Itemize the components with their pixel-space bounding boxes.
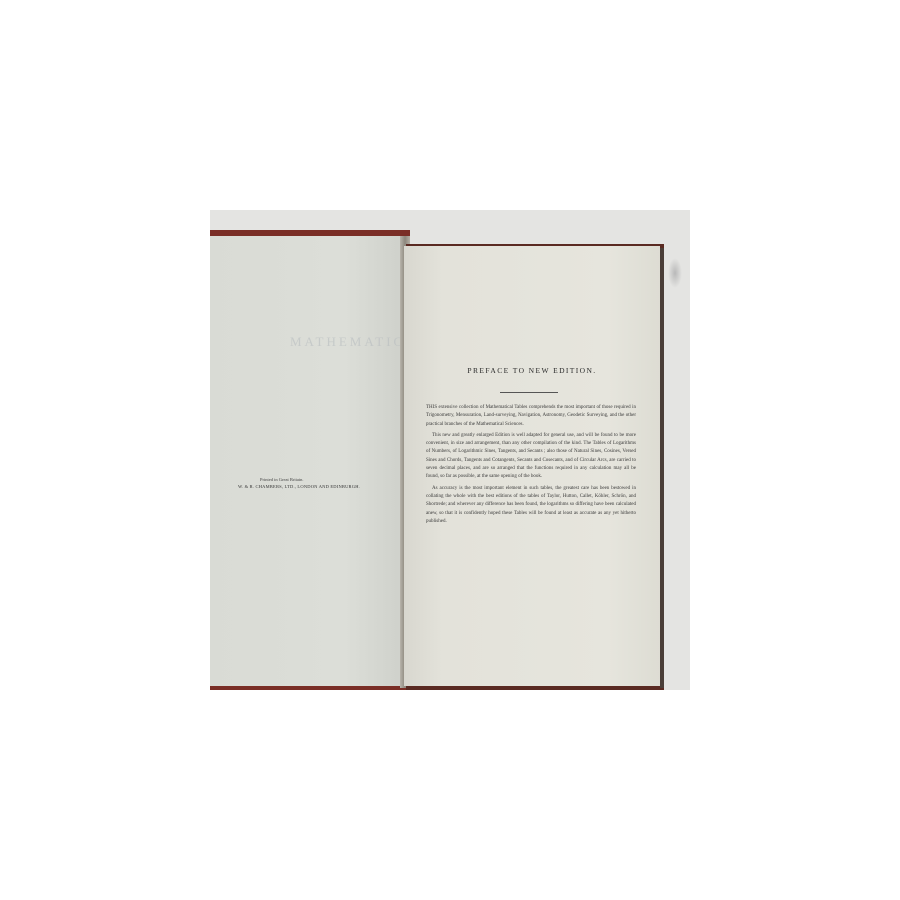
right-page: PREFACE TO NEW EDITION. THIS extensive c…	[404, 246, 660, 686]
preface-body: THIS extensive collection of Mathematica…	[426, 404, 636, 529]
backdrop-smudge	[668, 258, 682, 288]
preface-paragraph: This new and greatly enlarged Edition is…	[426, 432, 636, 482]
preface-paragraph: THIS extensive collection of Mathematica…	[426, 404, 636, 429]
page-edge	[660, 248, 664, 688]
printer-line-1: Printed in Great Britain.	[260, 477, 304, 482]
printer-line-2: W. & R. CHAMBERS, LTD., LONDON AND EDINB…	[210, 484, 360, 489]
showthrough-title: MATHEMATICAL TABLES	[290, 334, 410, 348]
preface-paragraph: As accuracy is the most important elemen…	[426, 485, 636, 526]
book-photo: MATHEMATICAL TABLES Printed in Great Bri…	[210, 210, 690, 690]
heading-rule	[500, 392, 558, 393]
left-page: MATHEMATICAL TABLES Printed in Great Bri…	[210, 236, 402, 686]
page-heading: PREFACE TO NEW EDITION.	[404, 366, 660, 375]
